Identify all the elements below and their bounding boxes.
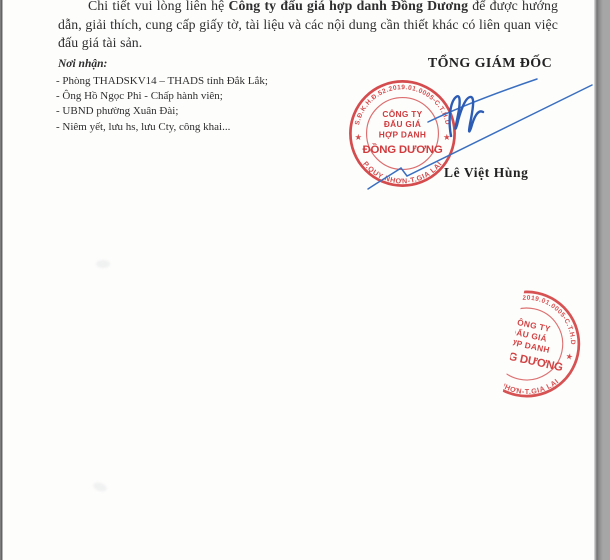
signature-flourish [450, 96, 483, 136]
page-right-gutter [594, 0, 610, 560]
page-left-edge [0, 0, 3, 560]
recipient-item: - UBND phường Xuân Đài; [56, 104, 346, 119]
signature-ink [358, 68, 598, 198]
partial-company-seal: S.Đ.K.H.Đ.52.2019.01.0005-C.T.H.D P.QUY … [502, 284, 594, 411]
company-seal-graphic: S.Đ.K.H.Đ.52.2019.01.0005-C.T.H.D P.QUY … [502, 284, 594, 411]
recipients-label: Nơi nhận: [58, 58, 107, 70]
recipients-list: - Phòng THADSKV14 – THADS tỉnh Đắk Lắk; … [56, 74, 346, 135]
signature-long-stroke [368, 85, 592, 189]
scan-smudge [96, 260, 110, 268]
scan-smudge [92, 481, 108, 493]
contact-paragraph: Chi tiết vui lòng liên hệ Công ty đấu gi… [58, 0, 558, 53]
paragraph-lead: Chi tiết vui lòng liên hệ [88, 0, 228, 13]
star-icon: ★ [565, 352, 574, 362]
recipient-item: - Niêm yết, lưu hs, lưu Cty, công khai..… [56, 120, 346, 135]
signature-upper-stroke [428, 79, 537, 122]
document-page: Chi tiết vui lòng liên hệ Công ty đấu gi… [0, 0, 610, 560]
recipient-item: - Phòng THADSKV14 – THADS tỉnh Đắk Lắk; [56, 74, 346, 89]
recipient-item: - Ông Hồ Ngọc Phi - Chấp hành viên; [56, 89, 346, 104]
company-name-bold: Công ty đấu giá hợp danh Đồng Dương [228, 0, 468, 13]
